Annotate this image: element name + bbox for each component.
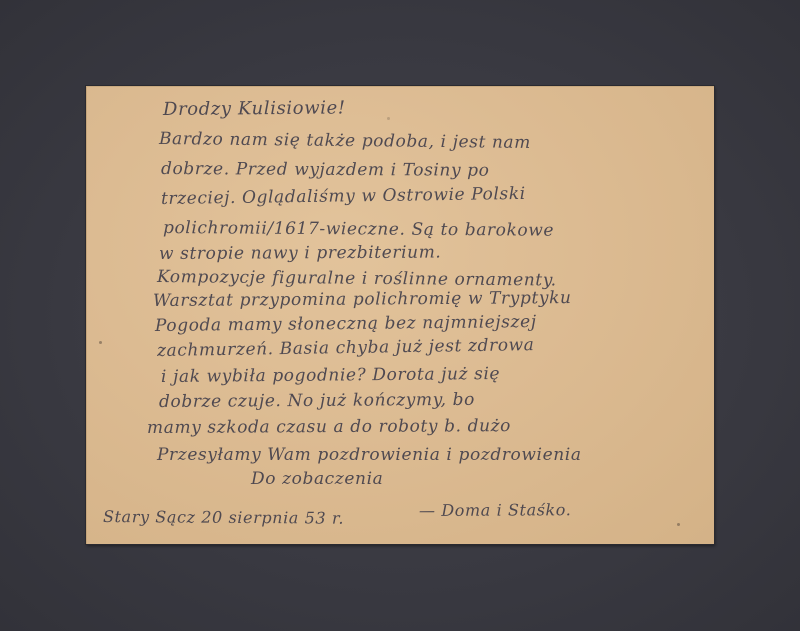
body-line-10: i jak wybiła pogodnie? Dorota już się [161,364,500,387]
paper-speck [387,117,390,120]
body-line-11: dobrze czuje. No już kończymy, bo [159,390,475,412]
body-line-4: polichromii/1617-wieczne. Są to barokowe [163,218,554,241]
body-line-12: mamy szkoda czasu a do roboty b. dużo [147,416,511,438]
date-place: Stary Sącz 20 sierpnia 53 r. [103,507,344,528]
salutation: Drodzy Kulisiowie! [163,97,346,120]
signature: — Doma i Staśko. [419,500,572,520]
body-line-5: w stropie nawy i prezbiterium. [159,243,442,264]
body-line-13: Przesyłamy Wam pozdrowienia i pozdrowien… [157,445,582,465]
body-line-3: trzeciej. Oglądaliśmy w Ostrowie Polski [161,184,526,209]
body-line-9: zachmurzeń. Basia chyba już jest zdrowa [157,335,535,361]
postcard: Drodzy Kulisiowie! Bardzo nam się także … [86,86,714,544]
body-line-7: Warsztat przypomina polichromię w Trypty… [153,288,572,311]
paper-speck [99,341,102,344]
body-line-1: Bardzo nam się także podoba, i jest nam [159,129,531,153]
body-line-2: dobrze. Przed wyjazdem i Tosiny po [161,159,490,181]
body-line-8: Pogoda mamy słoneczną bez najmniejszej [155,312,537,336]
closing: Do zobaczenia [251,469,383,489]
body-line-6: Kompozycje figuralne i roślinne ornament… [157,267,557,290]
paper-speck [677,523,680,526]
